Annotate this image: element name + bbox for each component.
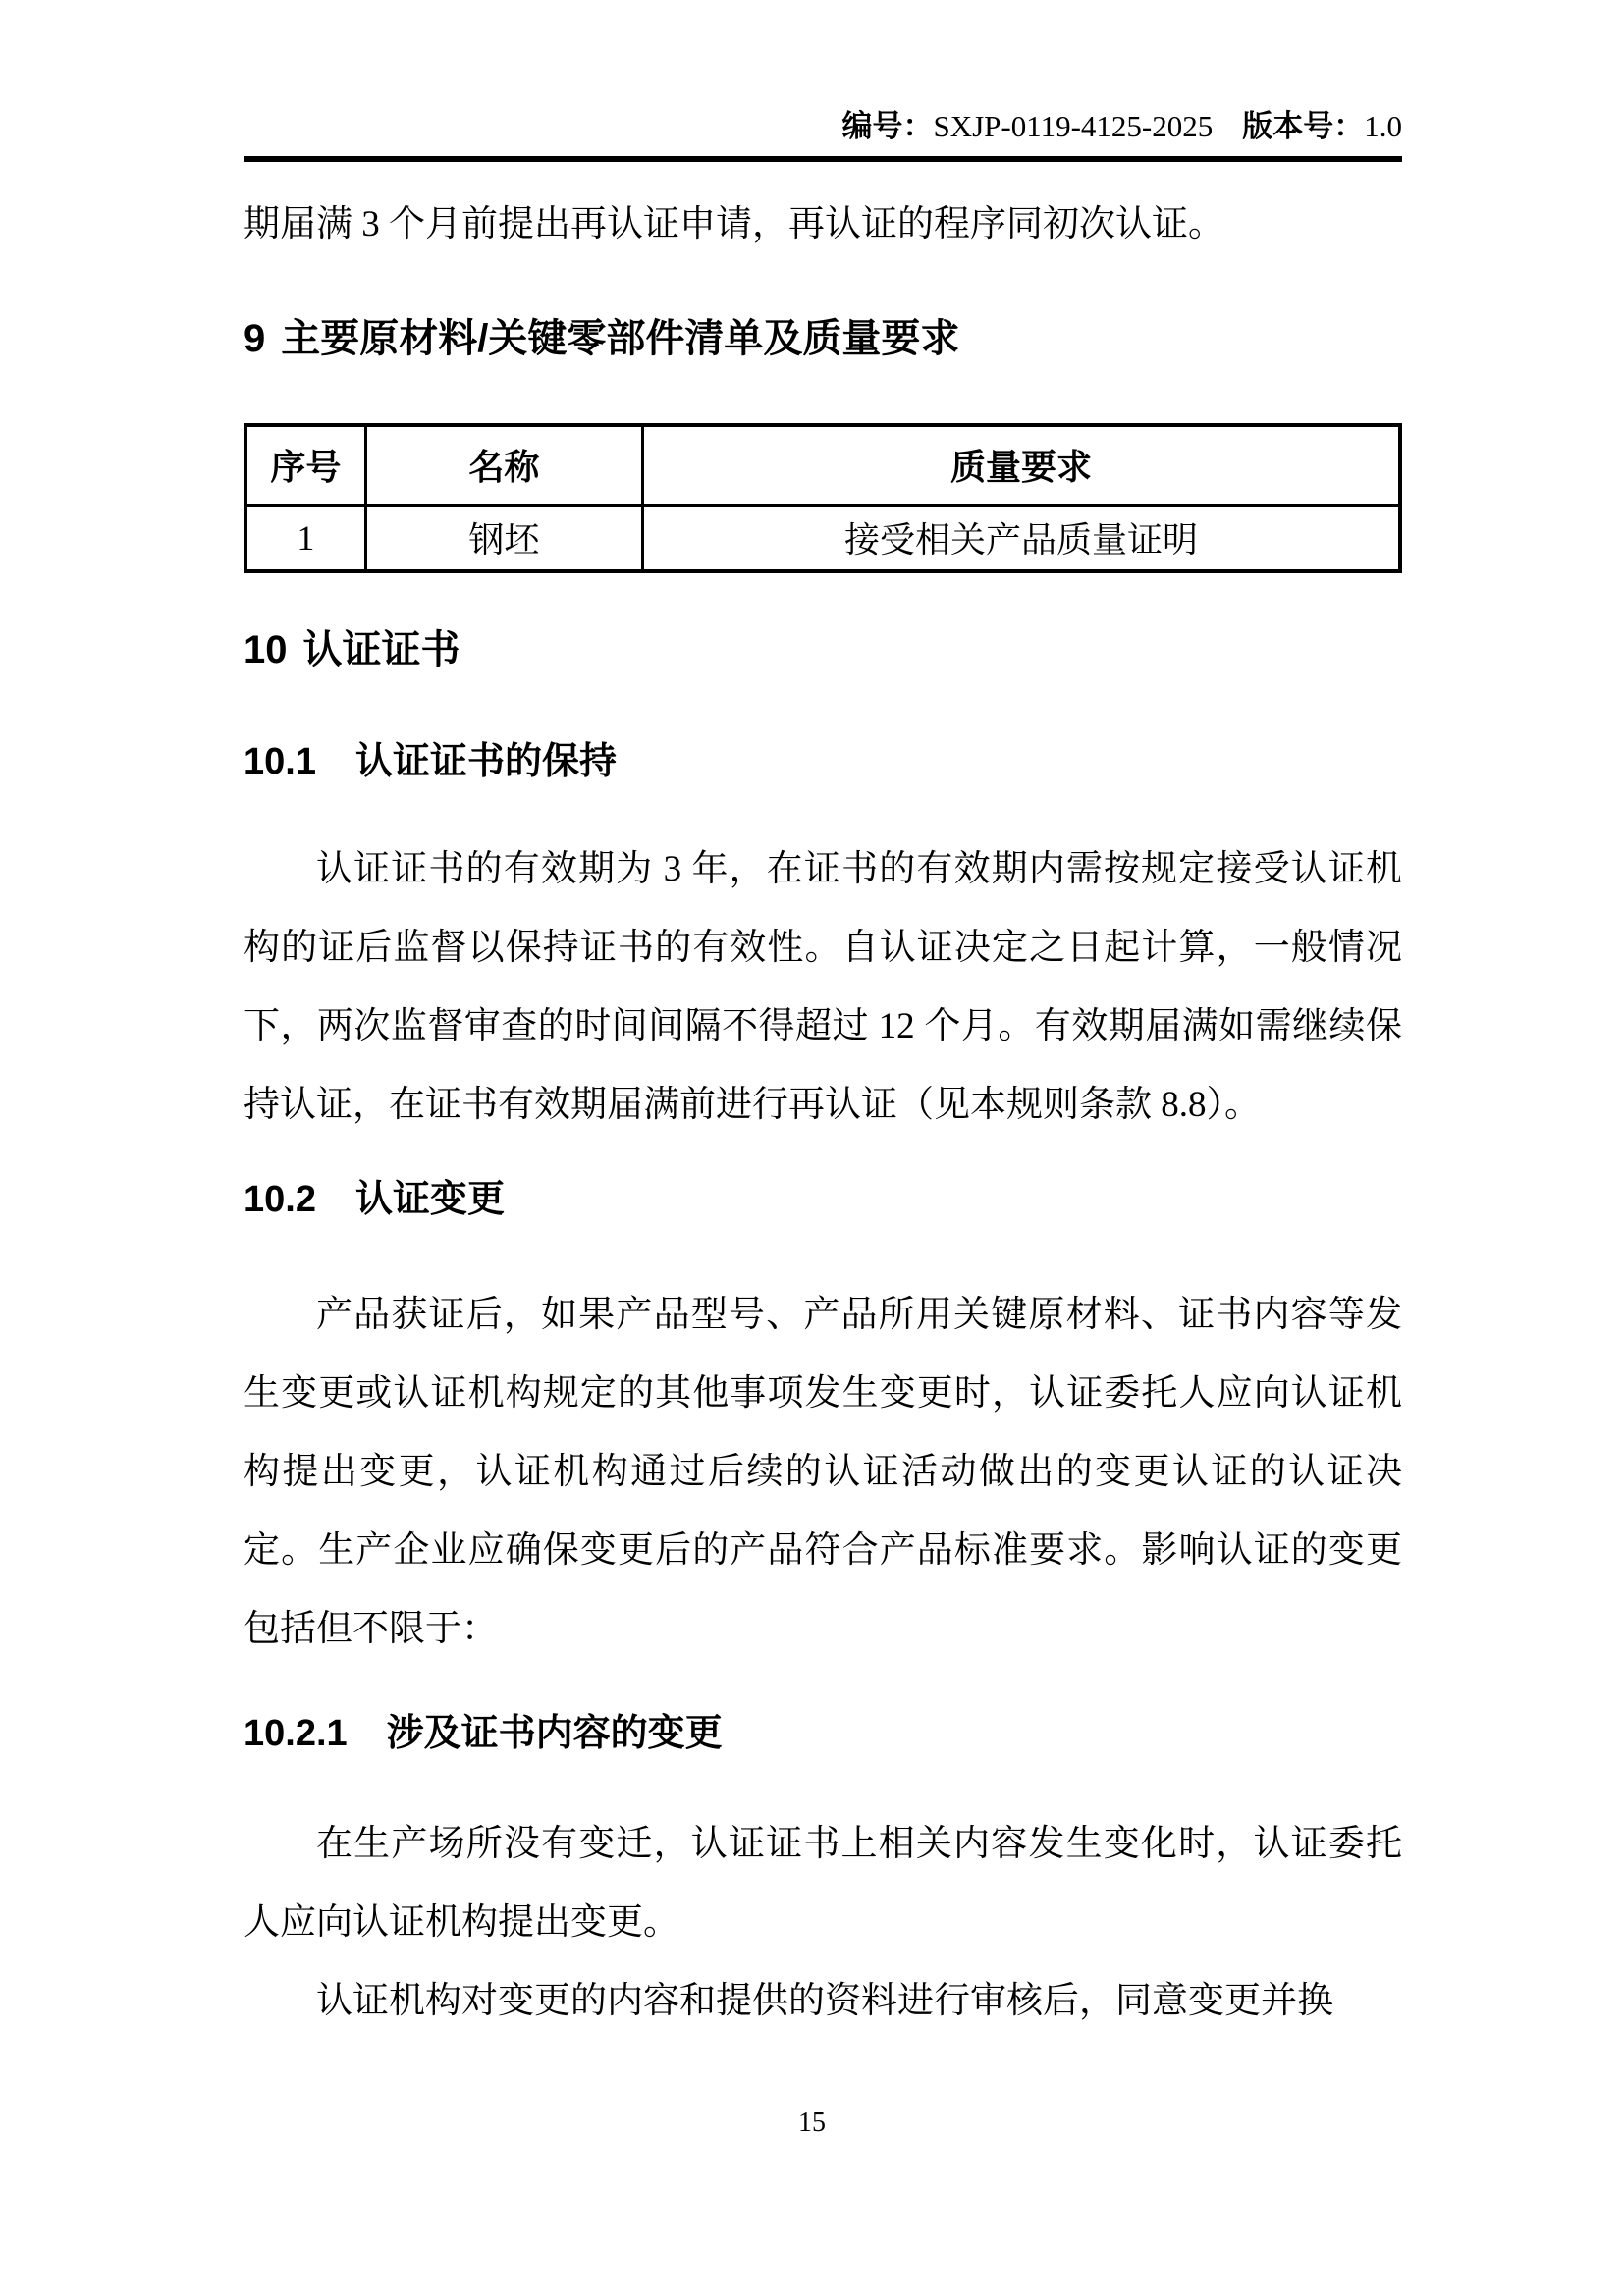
materials-table: 序号 名称 质量要求 1 钢坯 接受相关产品质量证明 — [244, 423, 1402, 573]
section-10-2-1-number: 10.2.1 — [244, 1713, 348, 1754]
section-10-1-paragraph: 认证证书的有效期为 3 年，在证书的有效期内需按规定接受认证机构的证后监督以保持… — [244, 830, 1402, 1145]
section-9-title: 主要原材料/关键零部件清单及质量要求 — [281, 317, 959, 360]
document-header: 编号：SXJP-0119-4125-2025版本号：1.0 — [244, 0, 1402, 146]
table-header-row: 序号 名称 质量要求 — [245, 425, 1400, 506]
header-rule — [244, 156, 1402, 162]
table-header-name: 名称 — [365, 425, 642, 506]
doc-number-value: SXJP-0119-4125-2025 — [933, 109, 1213, 143]
section-9-number: 9 — [244, 317, 265, 360]
document-page: 编号：SXJP-0119-4125-2025版本号：1.0 期届满 3 个月前提… — [0, 0, 1624, 2296]
table-cell-serial: 1 — [245, 505, 365, 571]
doc-version-value: 1.0 — [1364, 109, 1402, 143]
section-10-1-heading: 10.1认证证书的保持 — [244, 741, 1402, 784]
table-cell-name: 钢坯 — [365, 505, 642, 571]
table-row: 1 钢坯 接受相关产品质量证明 — [245, 505, 1400, 571]
section-10-2-1-title: 涉及证书内容的变更 — [387, 1713, 723, 1754]
section-10-2-paragraph: 产品获证后，如果产品型号、产品所用关键原材料、证书内容等发生变更或认证机构规定的… — [244, 1276, 1402, 1669]
section-10-2-title: 认证变更 — [355, 1179, 505, 1220]
doc-number-label: 编号： — [841, 109, 933, 143]
table-header-serial: 序号 — [245, 425, 365, 506]
section-10-1-number: 10.1 — [244, 741, 316, 782]
section-10-2-number: 10.2 — [244, 1179, 316, 1220]
section-10-1-title: 认证证书的保持 — [355, 741, 617, 782]
section-10-number: 10 — [244, 628, 288, 671]
section-10-2-1-heading: 10.2.1涉及证书内容的变更 — [244, 1713, 1402, 1756]
section-10-2-1-paragraph-1: 在生产场所没有变迁，认证证书上相关内容发生变化时，认证委托人应向认证机构提出变更… — [244, 1805, 1402, 1962]
continuation-paragraph: 期届满 3 个月前提出再认证申请，再认证的程序同初次认证。 — [244, 186, 1402, 264]
section-10-title: 认证证书 — [303, 628, 460, 671]
section-10-2-heading: 10.2认证变更 — [244, 1179, 1402, 1222]
section-10-heading: 10认证证书 — [244, 627, 1402, 672]
doc-version-label: 版本号： — [1242, 109, 1364, 143]
page-number: 15 — [0, 2108, 1624, 2139]
section-10-2-1-paragraph-2: 认证机构对变更的内容和提供的资料进行审核后，同意变更并换 — [244, 1962, 1402, 2041]
table-header-quality: 质量要求 — [643, 425, 1400, 506]
section-9-heading: 9主要原材料/关键零部件清单及质量要求 — [244, 316, 1402, 361]
table-cell-quality: 接受相关产品质量证明 — [643, 505, 1400, 571]
